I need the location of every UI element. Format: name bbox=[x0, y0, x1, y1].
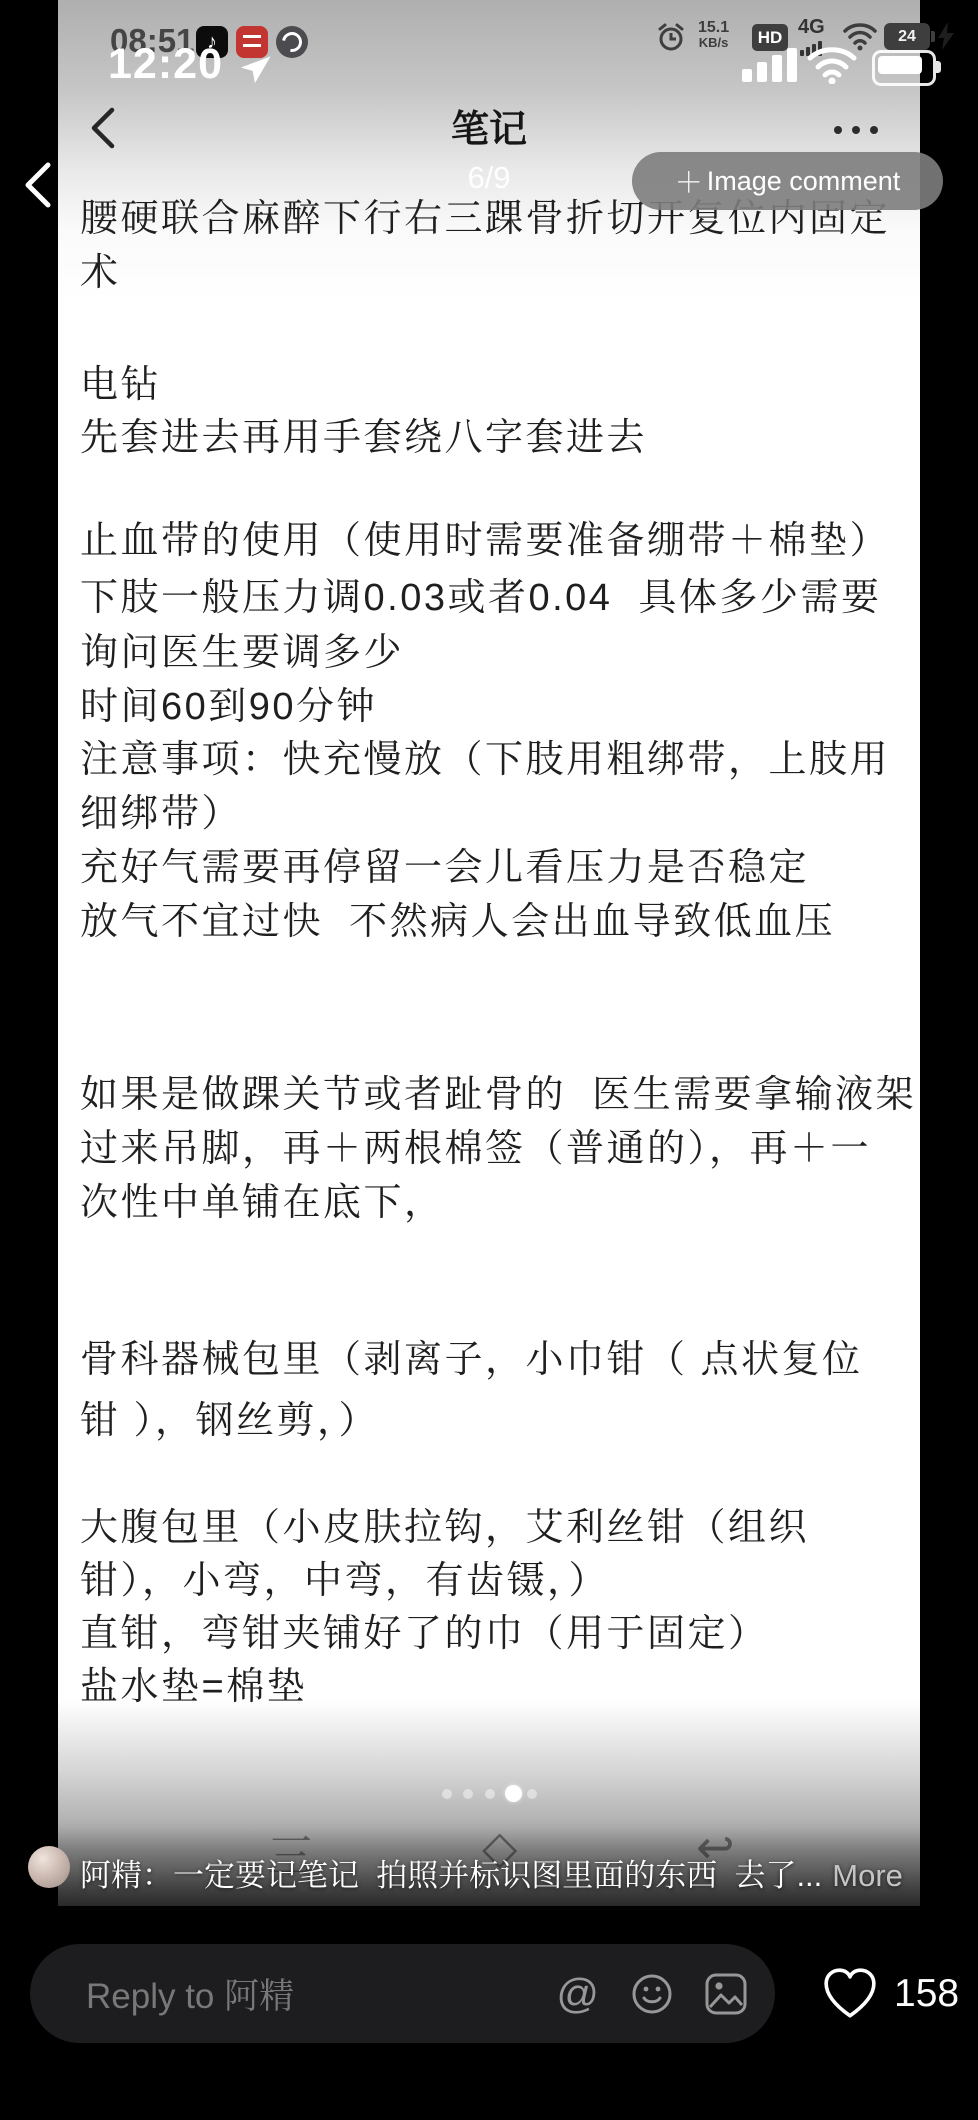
note-line: 止血带的使用（使用时需要准备绷带＋棉垫） bbox=[80, 518, 890, 564]
note-line: 下肢一般压力调0.03或者0.04 具体多少需要 bbox=[80, 575, 882, 621]
note-line: 如果是做踝关节或者趾骨的 医生需要拿输液架 bbox=[80, 1072, 916, 1118]
carousel-dot bbox=[442, 1789, 452, 1799]
note-line: 充好气需要再停留一会儿看压力是否稳定 bbox=[80, 845, 809, 891]
mention-icon[interactable]: @ bbox=[556, 1944, 599, 2043]
note-line: 骨科器械包里（剥离子，小巾钳（ 点状复位 bbox=[80, 1337, 863, 1383]
outer-signal-bars-icon bbox=[742, 48, 797, 82]
comment-bar: Reply to 阿精 @ 158 bbox=[0, 1906, 978, 2120]
note-line: 大腹包里（小皮肤拉钩，艾利丝钳（组织 bbox=[80, 1505, 809, 1551]
emoji-icon[interactable] bbox=[629, 1944, 675, 2043]
carousel-dot bbox=[463, 1789, 473, 1799]
viewer-screen: 08:51 ♪ 15.1 KB/s HD 4G 24 bbox=[0, 0, 978, 2120]
note-line: 放气不宜过快 不然病人会出血导致低血压 bbox=[80, 899, 835, 945]
note-line: 询问医生要调多少 bbox=[80, 630, 404, 676]
like-heart-icon[interactable] bbox=[822, 1968, 878, 2020]
note-line: 注意事项：快充慢放（下肢用粗绑带，上肢用 bbox=[80, 737, 890, 783]
outer-status-time: 12:20 bbox=[108, 40, 223, 89]
caption-more-link[interactable]: More bbox=[832, 1858, 903, 1893]
note-body: 腰硬联合麻醉下行右三踝骨折切开复位内固定术电钻先套进去再用手套绕八字套进去止血带… bbox=[58, 0, 920, 1906]
caption-text[interactable]: 阿精：一定要记笔记 拍照并标识图里面的东西 去了...More bbox=[80, 1850, 960, 1895]
reply-input[interactable]: Reply to 阿精 @ bbox=[30, 1944, 775, 2043]
plus-icon: ＋ bbox=[675, 161, 703, 201]
note-line: 钳 ），钢丝剪，） bbox=[80, 1398, 379, 1444]
image-comment-button[interactable]: ＋ Image comment bbox=[632, 152, 943, 210]
like-count: 158 bbox=[894, 1972, 959, 2016]
reply-placeholder: Reply to 阿精 bbox=[86, 1944, 294, 2043]
note-line: 钳），小弯，中弯，有齿镊，） bbox=[80, 1558, 609, 1604]
carousel-dot-active bbox=[505, 1785, 522, 1802]
note-line: 时间60到90分钟 bbox=[80, 684, 377, 730]
photo-attach-icon[interactable] bbox=[703, 1944, 749, 2043]
carousel-dot bbox=[527, 1789, 537, 1799]
note-line: 过来吊脚，再＋两根棉签（普通的），再＋一 bbox=[80, 1126, 871, 1172]
charging-bolt-icon bbox=[938, 22, 954, 50]
note-screenshot-image[interactable]: 08:51 ♪ 15.1 KB/s HD 4G 24 bbox=[58, 0, 920, 1906]
note-line: 电钻 bbox=[80, 362, 161, 408]
note-line: 术 bbox=[80, 250, 121, 296]
note-line: 先套进去再用手套绕八字套进去 bbox=[80, 415, 647, 461]
image-comment-label: Image comment bbox=[707, 166, 901, 197]
carousel-dot bbox=[485, 1789, 495, 1799]
note-line: 直钳，弯钳夹铺好了的巾（用于固定） bbox=[80, 1611, 769, 1657]
location-arrow-icon bbox=[238, 52, 272, 86]
outer-wifi-icon bbox=[806, 44, 858, 84]
outer-battery-icon bbox=[872, 50, 936, 86]
commenter-avatar[interactable] bbox=[28, 1846, 70, 1888]
note-line: 次性中单铺在底下， bbox=[80, 1180, 445, 1226]
note-line: 细绑带） bbox=[80, 791, 242, 837]
